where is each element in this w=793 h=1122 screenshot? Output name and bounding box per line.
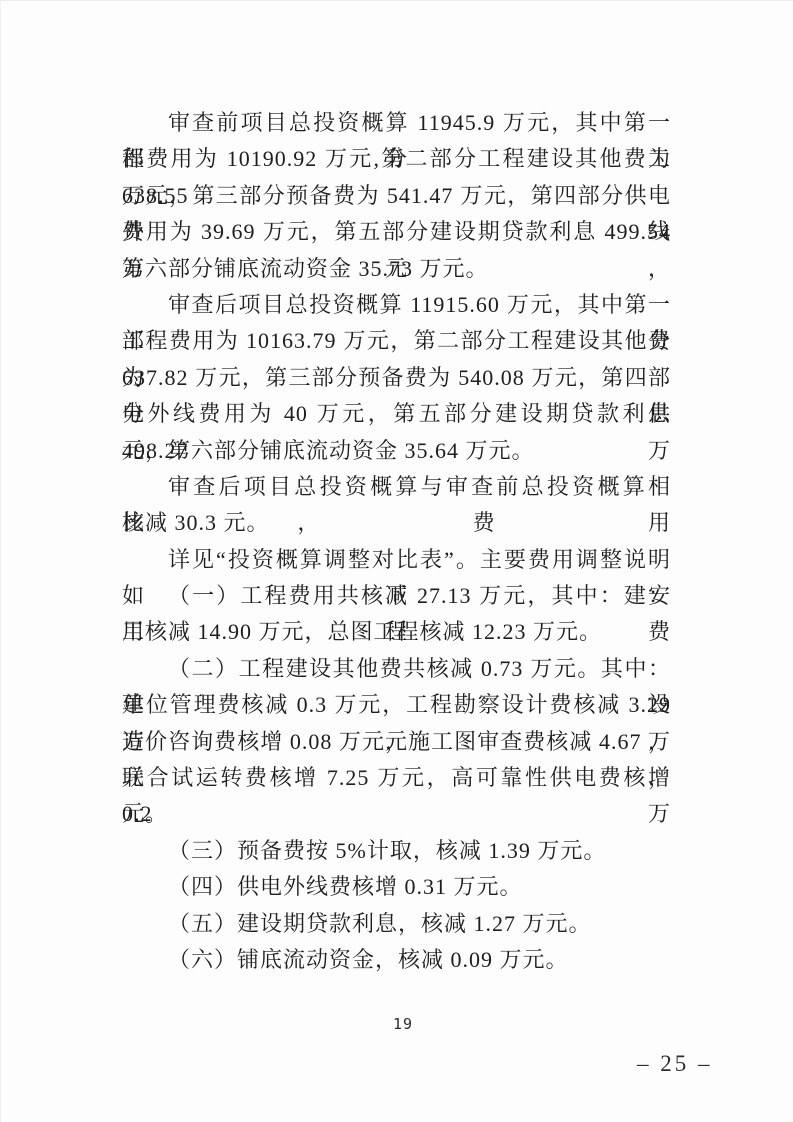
sheet-number: 19 — [393, 1015, 413, 1033]
document-line: 费用为 39.69 万元，第五部分建设期贷款利息 499.54 万元， — [122, 214, 671, 250]
document-line: （三）预备费按 5%计取，核减 1.39 万元。 — [122, 833, 671, 869]
document-line: 联合试运转费核增 7.25 万元，高可靠性供电费核增 0.2 万 — [122, 760, 671, 796]
document-body: 审查前项目总投资概算 11945.9 万元，其中第一部分工 程费用为 10190… — [122, 105, 671, 978]
document-line: 电外线费用为 40 万元，第五部分建设期贷款利息 498.27 万 — [122, 396, 671, 432]
document-line: （六）铺底流动资金，核减 0.09 万元。 — [122, 942, 671, 978]
document-line: 用核减 14.90 万元，总图工程核减 12.23 万元。 — [122, 614, 671, 650]
document-line: 程费用为 10190.92 万元,第二部分工程建设其他费为 638.55 — [122, 141, 671, 177]
document-line: （五）建设期贷款利息，核减 1.27 万元。 — [122, 906, 671, 942]
document-line: 工程费用为 10163.79 万元，第二部分工程建设其他费为 — [122, 323, 671, 359]
document-line: 单位管理费核减 0.3 万元，工程勘察设计费核减 3.29 万元， — [122, 687, 671, 723]
document-line: 审查前项目总投资概算 11945.9 万元，其中第一部分工 — [122, 105, 671, 141]
document-line: 审查后项目总投资概算与审查前总投资概算相比，费用 — [122, 469, 671, 505]
document-line: （四）供电外线费核增 0.31 万元。 — [122, 869, 671, 905]
document-line: 详见“投资概算调整对比表”。主要费用调整说明如下： — [122, 542, 671, 578]
document-line: （一）工程费用共核减 27.13 万元，其中：建安工程费 — [122, 578, 671, 614]
document-line: 审查后项目总投资概算 11915.60 万元，其中第一部分 — [122, 287, 671, 323]
document-line: 万元，第三部分预备费为 541.47 万元，第四部分供电外线 — [122, 178, 671, 214]
document-line: 637.82 万元，第三部分预备费为 540.08 万元，第四部分供 — [122, 360, 671, 396]
document-line: 造价咨询费核增 0.08 万元，施工图审查费核减 4.67 万元， — [122, 724, 671, 760]
document-page: 审查前项目总投资概算 11945.9 万元，其中第一部分工 程费用为 10190… — [0, 0, 793, 1122]
page-number: – 25 – — [637, 1051, 713, 1077]
document-line: （二）工程建设其他费共核减 0.73 万元。其中：建设 — [122, 651, 671, 687]
